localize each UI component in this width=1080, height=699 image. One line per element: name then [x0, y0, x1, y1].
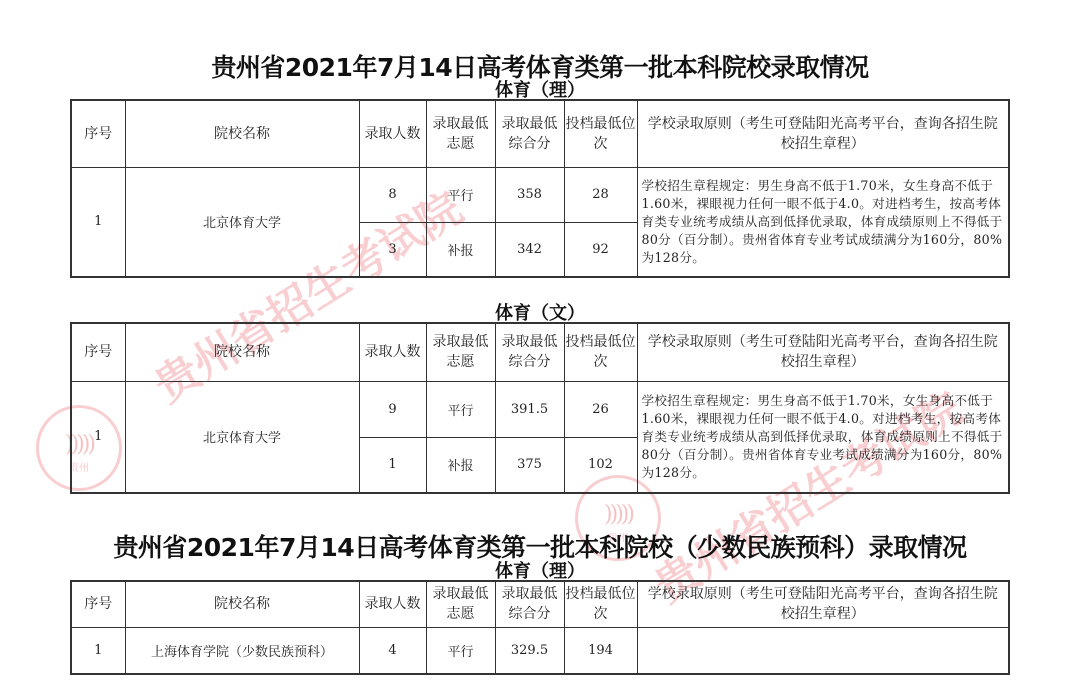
cell-min-choice: 平行: [426, 627, 495, 674]
cell-min-rank: 92: [564, 222, 637, 277]
col-header-min-choice: 录取最低志愿: [426, 581, 495, 627]
cell-seq: 1: [71, 381, 125, 493]
col-header-school: 院校名称: [125, 323, 359, 381]
cell-min-choice: 补报: [426, 222, 495, 277]
col-header-rule: 学校录取原则（考生可登陆阳光高考平台，查询各招生院校招生章程）: [637, 581, 1009, 627]
col-header-count: 录取人数: [359, 323, 426, 381]
col-header-school: 院校名称: [125, 581, 359, 627]
col-header-min-choice: 录取最低志愿: [426, 323, 495, 381]
cell-rule: 学校招生章程规定：男生身高不低于1.70米，女生身高不低于1.60米，裸眼视力任…: [637, 381, 1009, 493]
col-header-rule: 学校录取原则（考生可登陆阳光高考平台，查询各招生院校招生章程）: [637, 100, 1009, 167]
cell-count: 4: [359, 627, 426, 674]
cell-min-choice: 补报: [426, 437, 495, 493]
cell-min-choice: 平行: [426, 381, 495, 437]
col-header-min-choice: 录取最低志愿: [426, 100, 495, 167]
cell-seq: 1: [71, 627, 125, 674]
cell-min-rank: 28: [564, 167, 637, 222]
col-header-seq: 序号: [71, 581, 125, 627]
cell-min-score: 329.5: [495, 627, 564, 674]
col-header-count: 录取人数: [359, 100, 426, 167]
admission-table-liberal-arts: 序号 院校名称 录取人数 录取最低志愿 录取最低综合分 投档最低位次 学校录取原…: [70, 322, 1010, 494]
cell-count: 8: [359, 167, 426, 222]
cell-min-score: 342: [495, 222, 564, 277]
col-header-min-score: 录取最低综合分: [495, 100, 564, 167]
cell-school: 北京体育大学: [125, 167, 359, 277]
col-header-seq: 序号: [71, 100, 125, 167]
cell-min-choice: 平行: [426, 167, 495, 222]
cell-rule: [637, 627, 1009, 674]
cell-count: 3: [359, 222, 426, 277]
table-header-row: 序号 院校名称 录取人数 录取最低志愿 录取最低综合分 投档最低位次 学校录取原…: [71, 581, 1009, 627]
admission-table-minority-prep: 序号 院校名称 录取人数 录取最低志愿 录取最低综合分 投档最低位次 学校录取原…: [70, 580, 1010, 675]
col-header-min-rank: 投档最低位次: [564, 581, 637, 627]
cell-min-rank: 26: [564, 381, 637, 437]
col-header-seq: 序号: [71, 323, 125, 381]
cell-seq: 1: [71, 167, 125, 277]
cell-count: 9: [359, 381, 426, 437]
table-row: 1 上海体育学院（少数民族预科） 4 平行 329.5 194: [71, 627, 1009, 674]
cell-min-rank: 102: [564, 437, 637, 493]
col-header-min-score: 录取最低综合分: [495, 323, 564, 381]
col-header-rule: 学校录取原则（考生可登陆阳光高考平台，查询各招生院校招生章程）: [637, 323, 1009, 381]
cell-school: 上海体育学院（少数民族预科）: [125, 627, 359, 674]
cell-count: 1: [359, 437, 426, 493]
col-header-min-rank: 投档最低位次: [564, 100, 637, 167]
admission-table-science: 序号 院校名称 录取人数 录取最低志愿 录取最低综合分 投档最低位次 学校录取原…: [70, 99, 1010, 278]
col-header-min-rank: 投档最低位次: [564, 323, 637, 381]
cell-min-score: 391.5: [495, 381, 564, 437]
table-header-row: 序号 院校名称 录取人数 录取最低志愿 录取最低综合分 投档最低位次 学校录取原…: [71, 100, 1009, 167]
seal-emblem-icon: ))))): [604, 502, 632, 527]
cell-school: 北京体育大学: [125, 381, 359, 493]
col-header-count: 录取人数: [359, 581, 426, 627]
col-header-school: 院校名称: [125, 100, 359, 167]
cell-min-rank: 194: [564, 627, 637, 674]
cell-min-score: 358: [495, 167, 564, 222]
cell-min-score: 375: [495, 437, 564, 493]
table-row: 1 北京体育大学 8 平行 358 28 学校招生章程规定：男生身高不低于1.7…: [71, 167, 1009, 222]
table-header-row: 序号 院校名称 录取人数 录取最低志愿 录取最低综合分 投档最低位次 学校录取原…: [71, 323, 1009, 381]
cell-rule: 学校招生章程规定：男生身高不低于1.70米，女生身高不低于1.60米，裸眼视力任…: [637, 167, 1009, 277]
col-header-min-score: 录取最低综合分: [495, 581, 564, 627]
table-row: 1 北京体育大学 9 平行 391.5 26 学校招生章程规定：男生身高不低于1…: [71, 381, 1009, 437]
